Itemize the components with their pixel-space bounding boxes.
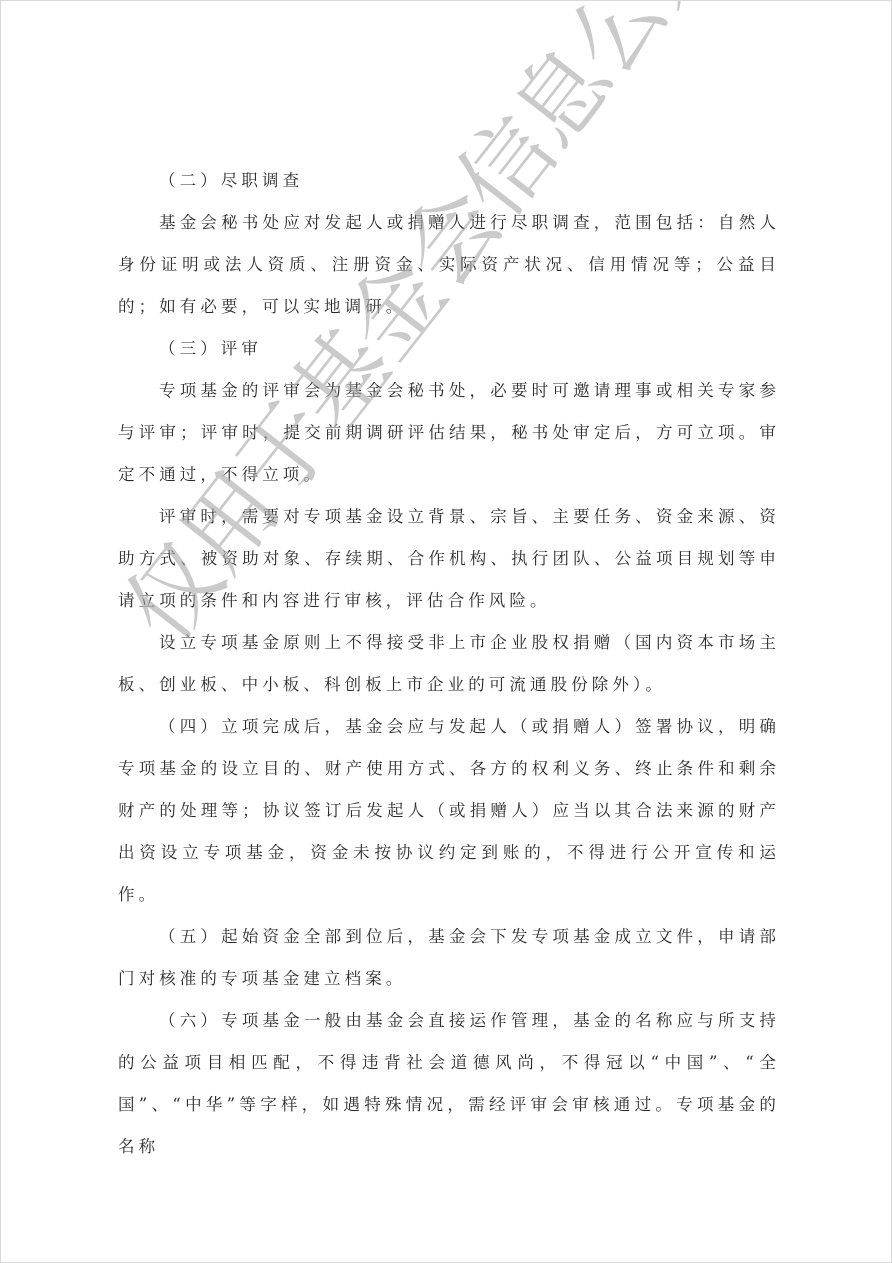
paragraph-due-diligence: 基金会秘书处应对发起人或捐赠人进行尽职调查，范围包括：自然人身份证明或法人资质、…	[118, 202, 780, 328]
document-body: （二）尽职调查 基金会秘书处应对发起人或捐赠人进行尽职调查，范围包括：自然人身份…	[118, 160, 780, 1168]
paragraph-review-content: 评审时，需要对专项基金设立背景、宗旨、主要任务、资金来源、资助方式、被资助对象、…	[118, 496, 780, 622]
paragraph-review-committee: 专项基金的评审会为基金会秘书处，必要时可邀请理事或相关专家参与评审；评审时，提交…	[118, 370, 780, 496]
paragraph-establishment: （五）起始资金全部到位后，基金会下发专项基金成立文件，申请部门对核准的专项基金建…	[118, 916, 780, 1000]
section-heading-due-diligence: （二）尽职调查	[118, 160, 780, 202]
document-page: （二）尽职调查 基金会秘书处应对发起人或捐赠人进行尽职调查，范围包括：自然人身份…	[0, 0, 892, 1263]
paragraph-agreement: （四）立项完成后，基金会应与发起人（或捐赠人）签署协议，明确专项基金的设立目的、…	[118, 706, 780, 916]
paragraph-operation-naming: （六）专项基金一般由基金会直接运作管理，基金的名称应与所支持的公益项目相匹配，不…	[118, 1000, 780, 1168]
section-heading-review: （三）评审	[118, 328, 780, 370]
paragraph-equity-donation: 设立专项基金原则上不得接受非上市企业股权捐赠（国内资本市场主板、创业板、中小板、…	[118, 622, 780, 706]
